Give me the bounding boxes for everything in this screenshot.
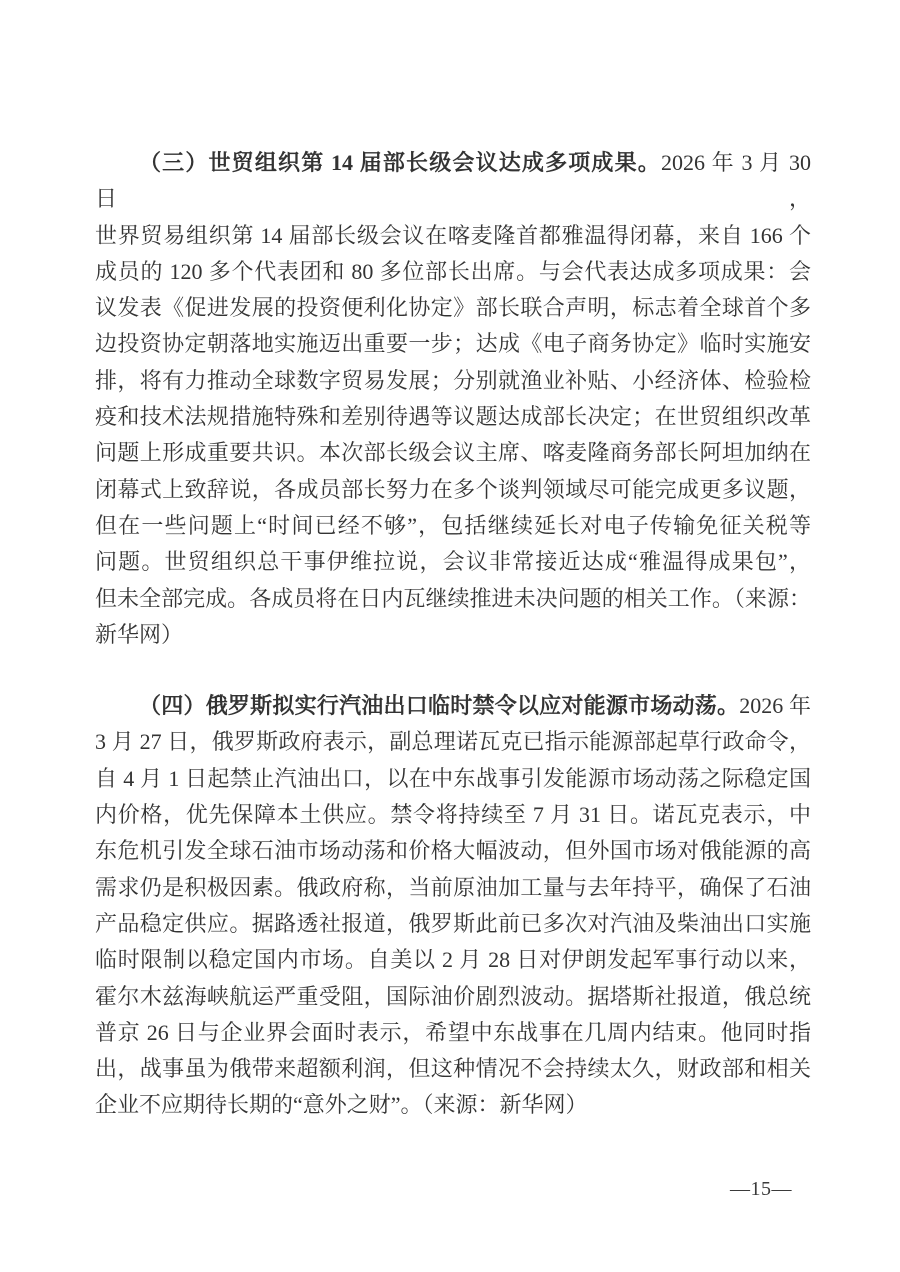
paragraph-line: 普京 26 日与企业界会面时表示，希望中东战事在几周内结束。他同时指 bbox=[95, 1015, 811, 1051]
paragraph-first-line-rest: 2026 年 bbox=[739, 693, 811, 718]
paragraph-line: 问题上形成重要共识。本次部长级会议主席、喀麦隆商务部长阿坦加纳在 bbox=[95, 435, 811, 471]
paragraph-line: 新华网） bbox=[95, 617, 811, 653]
paragraph-line: 内价格，优先保障本土供应。禁令将持续至 7 月 31 日。诺瓦克表示，中 bbox=[95, 797, 811, 833]
paragraph-line: 问题。世贸组织总干事伊维拉说，会议非常接近达成“雅温得成果包”， bbox=[95, 544, 811, 580]
paragraph-line: 排，将有力推动全球数字贸易发展；分别就渔业补贴、小经济体、检验检 bbox=[95, 363, 811, 399]
paragraph-line: 霍尔木兹海峡航运严重受阻，国际油价剧烈波动。据塔斯社报道，俄总统 bbox=[95, 979, 811, 1015]
paragraph-first-line: （三）世贸组织第 14 届部长级会议达成多项成果。2026 年 3 月 30 日… bbox=[95, 145, 811, 218]
paragraph-line: 3 月 27 日，俄罗斯政府表示，副总理诺瓦克已指示能源部起草行政命令， bbox=[95, 724, 811, 760]
paragraph-line: 议发表《促进发展的投资便利化协定》部长联合声明，标志着全球首个多 bbox=[95, 290, 811, 326]
paragraph-line: 临时限制以稳定国内市场。自美以 2 月 28 日对伊朗发起军事行动以来， bbox=[95, 942, 811, 978]
paragraph-heading: （四）俄罗斯拟实行汽油出口临时禁令以应对能源市场动荡。 bbox=[139, 693, 739, 718]
paragraph-line: 但在一些问题上“时间已经不够”，包括继续延长对电子传输免征关税等 bbox=[95, 508, 811, 544]
paragraph-heading: （三）世贸组织第 14 届部长级会议达成多项成果。 bbox=[139, 150, 661, 175]
paragraph-line: 边投资协定朝落地实施迈出重要一步；达成《电子商务协定》临时实施安 bbox=[95, 326, 811, 362]
paragraph-line: 闭幕式上致辞说，各成员部长努力在多个谈判领域尽可能完成更多议题， bbox=[95, 472, 811, 508]
document-content: （三）世贸组织第 14 届部长级会议达成多项成果。2026 年 3 月 30 日… bbox=[95, 145, 811, 1124]
paragraph-first-line: （四）俄罗斯拟实行汽油出口临时禁令以应对能源市场动荡。2026 年 bbox=[95, 688, 811, 724]
paragraph-line: 世界贸易组织第 14 届部长级会议在喀麦隆首都雅温得闭幕，来自 166 个 bbox=[95, 218, 811, 254]
paragraph-russia-gasoline: （四）俄罗斯拟实行汽油出口临时禁令以应对能源市场动荡。2026 年 3 月 27… bbox=[95, 688, 811, 1124]
paragraph-body: 世界贸易组织第 14 届部长级会议在喀麦隆首都雅温得闭幕，来自 166 个成员的… bbox=[95, 218, 811, 654]
page-number: —15— bbox=[730, 1178, 792, 1201]
paragraph-wto-ministerial: （三）世贸组织第 14 届部长级会议达成多项成果。2026 年 3 月 30 日… bbox=[95, 145, 811, 653]
document-page: （三）世贸组织第 14 届部长级会议达成多项成果。2026 年 3 月 30 日… bbox=[0, 0, 900, 1272]
paragraph-line: 产品稳定供应。据路透社报道，俄罗斯此前已多次对汽油及柴油出口实施 bbox=[95, 906, 811, 942]
paragraph-line: 企业不应期待长期的“意外之财”。（来源：新华网） bbox=[95, 1087, 811, 1123]
paragraph-line: 成员的 120 多个代表团和 80 多位部长出席。与会代表达成多项成果：会 bbox=[95, 254, 811, 290]
paragraph-line: 东危机引发全球石油市场动荡和价格大幅波动，但外国市场对俄能源的高 bbox=[95, 833, 811, 869]
paragraph-line: 但未全部完成。各成员将在日内瓦继续推进未决问题的相关工作。（来源： bbox=[95, 581, 811, 617]
paragraph-line: 自 4 月 1 日起禁止汽油出口，以在中东战事引发能源市场动荡之际稳定国 bbox=[95, 761, 811, 797]
paragraph-body: 3 月 27 日，俄罗斯政府表示，副总理诺瓦克已指示能源部起草行政命令，自 4 … bbox=[95, 724, 811, 1123]
paragraph-line: 需求仍是积极因素。俄政府称，当前原油加工量与去年持平，确保了石油 bbox=[95, 870, 811, 906]
paragraph-line: 疫和技术法规措施特殊和差别待遇等议题达成部长决定；在世贸组织改革 bbox=[95, 399, 811, 435]
paragraph-line: 出，战事虽为俄带来超额利润，但这种情况不会持续太久，财政部和相关 bbox=[95, 1051, 811, 1087]
